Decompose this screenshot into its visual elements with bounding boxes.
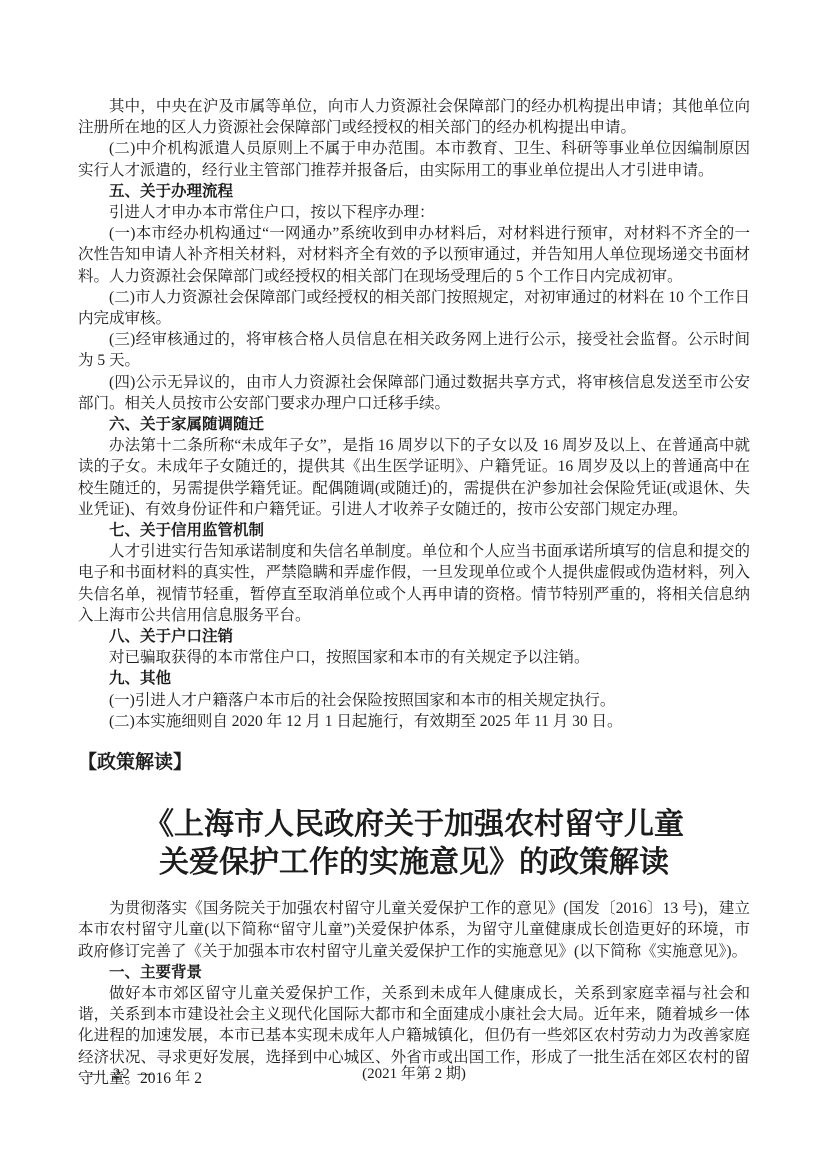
article-title: 《上海市人民政府关于加强农村留守儿童 关爱保护工作的实施意见》的政策解读 — [78, 806, 750, 882]
paragraph: 办法第十二条所称“未成年子女”，是指 16 周岁以下的子女以及 16 周岁及以上… — [78, 435, 750, 520]
page-content: 其中，中央在沪及市属等单位，向市人力资源社会保障部门的经办机构提出申请；其他单位… — [78, 96, 750, 1089]
paragraph: (四)公示无异议的，由市人力资源社会保障部门通过数据共享方式，将审核信息发送至市… — [78, 372, 750, 414]
section-heading: 一、主要背景 — [78, 962, 750, 983]
paragraph: (二)中介机构派遣人员原则上不属于申办范围。本市教育、卫生、科研等事业单位因编制… — [78, 138, 750, 180]
article-title-line-1: 《上海市人民政府关于加强农村留守儿童 — [78, 806, 750, 844]
section-heading: 七、关于信用监管机制 — [78, 520, 750, 541]
section-heading: 八、关于户口注销 — [78, 626, 750, 647]
section-heading: 九、其他 — [78, 668, 750, 689]
paragraph: (三)经审核通过的，将审核合格人员信息在相关政务网上进行公示，接受社会监督。公示… — [78, 329, 750, 371]
paragraph: 为贯彻落实《国务院关于加强农村留守儿童关爱保护工作的意见》(国发〔2016〕13… — [78, 898, 750, 962]
document-page: 其中，中央在沪及市属等单位，向市人力资源社会保障部门的经办机构提出申请；其他单位… — [0, 0, 827, 1170]
section-heading: 六、关于家属随调随迁 — [78, 414, 750, 435]
paragraph: (二)本实施细则自 2020 年 12 月 1 日起施行，有效期至 2025 年… — [78, 711, 750, 732]
paragraph: (一)本市经办机构通过“一网通办”系统收到申办材料后，对材料进行预审，对材料不齐… — [78, 223, 750, 287]
paragraph: 人才引进实行告知承诺制度和失信名单制度。单位和个人应当书面承诺所填写的信息和提交… — [78, 541, 750, 626]
issue-label: (2021 年第 2 期) — [78, 1064, 750, 1085]
paragraph: 引进人才申办本市常住户口，按以下程序办理： — [78, 202, 750, 223]
column-marker: 【政策解读】 — [78, 750, 750, 776]
paragraph: (二)市人力资源社会保障部门或经授权的相关部门按照规定，对初审通过的材料在 10… — [78, 287, 750, 329]
paragraph: 对已骗取获得的本市常住户口，按照国家和本市的有关规定予以注销。 — [78, 647, 750, 668]
paragraph: 其中，中央在沪及市属等单位，向市人力资源社会保障部门的经办机构提出申请；其他单位… — [78, 96, 750, 138]
article-title-line-2: 关爱保护工作的实施意见》的政策解读 — [78, 844, 750, 882]
section-heading: 五、关于办理流程 — [78, 181, 750, 202]
article-body: 为贯彻落实《国务院关于加强农村留守儿童关爱保护工作的意见》(国发〔2016〕13… — [78, 898, 750, 1089]
paragraph: (一)引进人才户籍落户本市后的社会保险按照国家和本市的相关规定执行。 — [78, 690, 750, 711]
